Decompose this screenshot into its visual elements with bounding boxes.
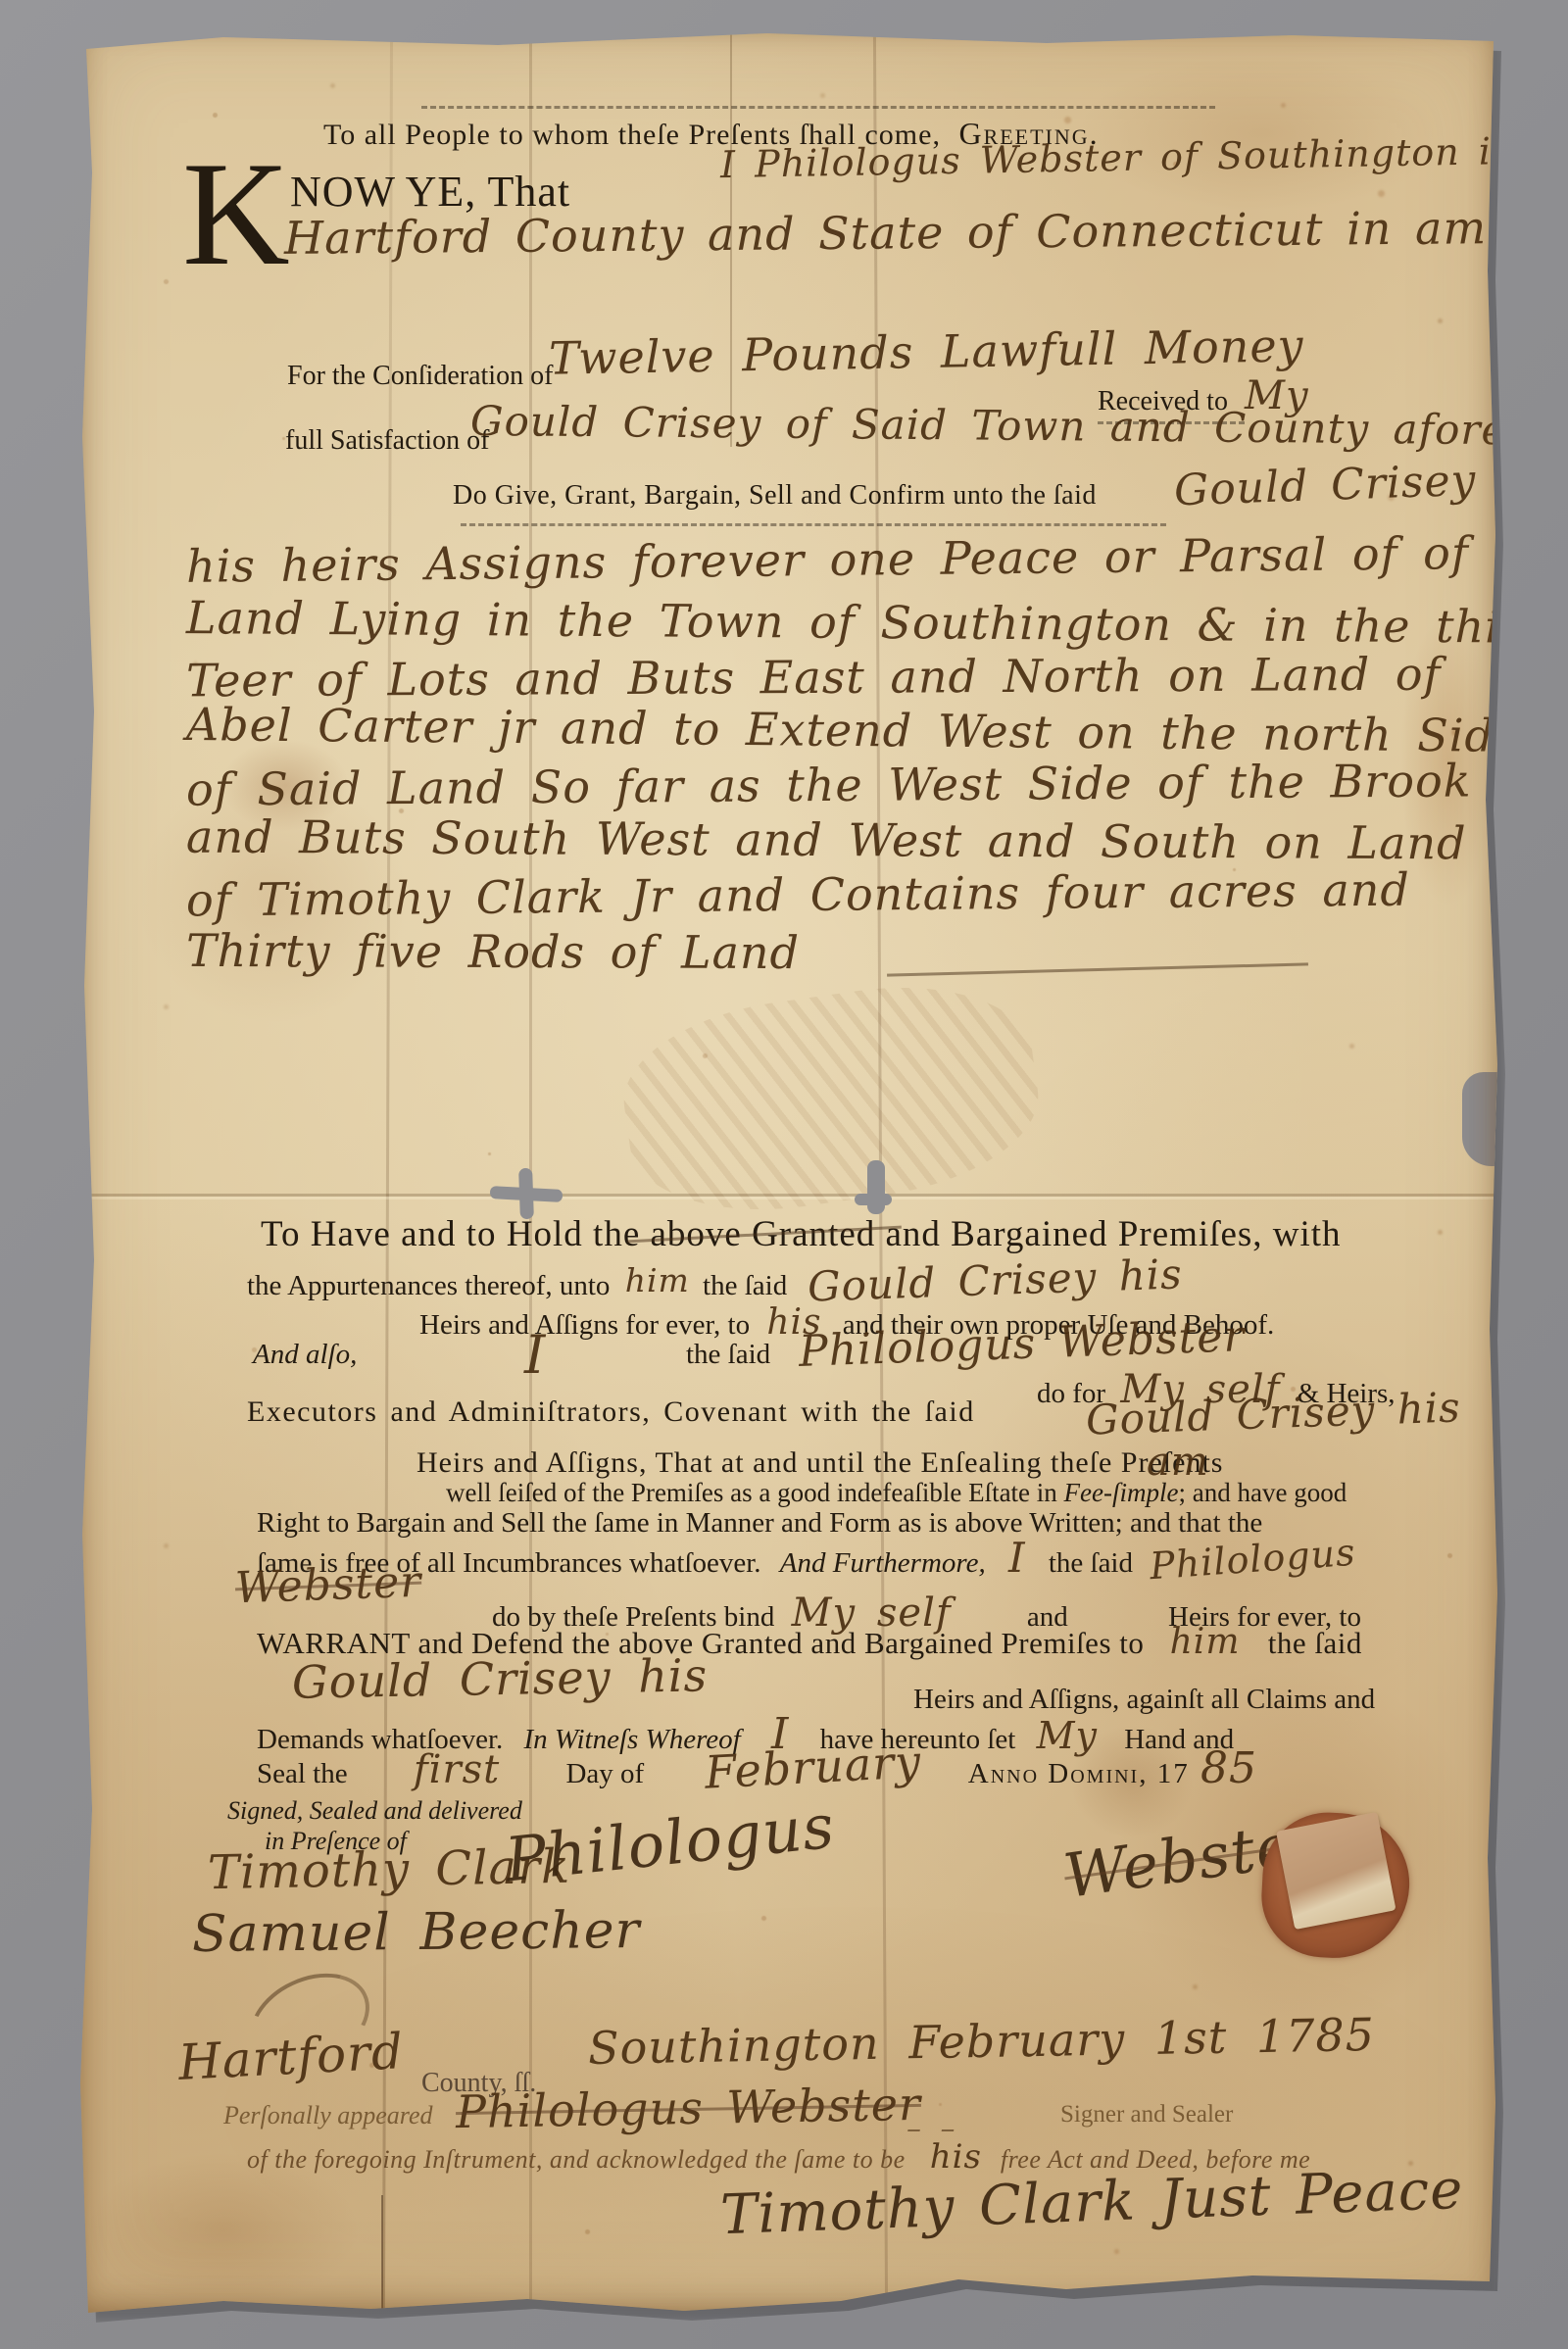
i-flourish-1: I xyxy=(524,1329,546,1382)
premises-line-6: and Buts South West and West and South o… xyxy=(186,814,1467,866)
premises-text-8: Thirty five Rods of Land xyxy=(186,924,800,979)
premises-line-8: Thirty five Rods of Land xyxy=(186,928,800,975)
personally-appeared-label: Perſonally appeared xyxy=(223,2101,432,2130)
month-february: February xyxy=(704,1738,922,1795)
grant-clause-underline xyxy=(461,523,1166,526)
premises-text-3: Teer of Lots and Buts East and North on … xyxy=(186,648,1442,708)
fold-crease-horizontal-highlight xyxy=(76,1197,1499,1199)
premises-line-7: of Timothy Clark Jr and Contains four ac… xyxy=(186,867,1410,923)
the-said-3-text: the ſaid xyxy=(1049,1547,1133,1579)
wax-seal xyxy=(1258,1809,1413,1962)
place-date-line: Southington February 1st 1785 xyxy=(588,2012,1376,2071)
premises-line-4: Abel Carter jr and to Extend West on the… xyxy=(186,702,1523,759)
him-insert-1: him xyxy=(625,1264,690,1297)
signed-sealed-line: Signed, Sealed and delivered xyxy=(227,1796,522,1826)
grantor-name-2: Philologus Webster xyxy=(798,1315,1246,1374)
satisfaction-label: full Satisfaction of xyxy=(285,425,489,457)
the-said-2-text: the ſaid xyxy=(686,1339,770,1370)
the-said-2-label: the ſaid xyxy=(686,1339,770,1371)
document-scan: To all People to whom theſe Preſents ſha… xyxy=(0,0,1568,2349)
executors-line: Executors and Adminiſtrators, Covenant w… xyxy=(247,1395,975,1429)
consideration-label: For the Conſideration of xyxy=(287,361,553,392)
right-bargain-text: Right to Bargain and Sell the ſame in Ma… xyxy=(257,1507,1262,1539)
justice-signature: Timothy Clark Just Peace xyxy=(719,2163,1464,2243)
premises-text-5: of Said Land So far as the West Side of … xyxy=(186,754,1472,815)
foregoing-text: of the foregoing Inſtrument, and acknowl… xyxy=(247,2145,906,2174)
appeared-name: Philologus Webster xyxy=(456,2081,922,2134)
ensealing-line: Heirs and Aſſigns, That at and until the… xyxy=(416,1446,1223,1480)
grantee-name-4: Gould Crisey his xyxy=(292,1652,709,1704)
year-85: 85 xyxy=(1200,1747,1257,1790)
signature-first-text: Philologus xyxy=(502,1790,838,1896)
fold-hole-cross-left xyxy=(490,1186,563,1202)
day-of-text: Day of xyxy=(565,1758,644,1789)
premises-text-4: Abel Carter jr and to Extend West on the… xyxy=(186,698,1523,762)
day-first: first xyxy=(414,1750,500,1789)
grantee-name-3: Gould Crisey his xyxy=(1085,1387,1461,1441)
satisfaction-text: full Satisfaction of xyxy=(285,425,489,456)
anno-domini-text: Anno Domini, 17 xyxy=(968,1758,1190,1789)
and-also-label: And alſo, xyxy=(253,1339,357,1371)
fold-hole-center-horizontal xyxy=(855,1194,892,1205)
dropcap-letter: K xyxy=(182,131,290,296)
foxing-speckles xyxy=(76,25,79,28)
signed-sealed-text: Signed, Sealed and delivered xyxy=(227,1796,522,1825)
premises-line-3: Teer of Lots and Buts East and North on … xyxy=(186,652,1442,704)
grantee-name-4-text: Gould Crisey his xyxy=(292,1648,709,1708)
am-insert: am xyxy=(1147,1443,1209,1482)
heirs-forever-text: Heirs and Aſſigns for ever, to xyxy=(419,1309,750,1341)
premises-closing-dash xyxy=(887,962,1308,976)
executors-text: Executors and Adminiſtrators, Covenant w… xyxy=(247,1395,975,1428)
premises-text-6: and Buts South West and West and South o… xyxy=(186,810,1467,870)
grantee-clause: Gould Crisey of Said Town and County afo… xyxy=(470,401,1568,452)
ensealing-text: Heirs and Aſſigns, That at and until the… xyxy=(416,1446,1223,1479)
seal-paper-wafer xyxy=(1276,1812,1396,1930)
furthermore-text: And Furthermore, xyxy=(780,1547,986,1579)
have-good-text: ; and have good xyxy=(1179,1478,1347,1507)
grantee-name-2: Gould Crisey his xyxy=(808,1253,1184,1307)
the-said-1: the ſaid xyxy=(703,1270,787,1301)
premises-line-5: of Said Land So far as the West Side of … xyxy=(186,758,1472,811)
grant-clause-text: Do Give, Grant, Bargain, Sell and Confir… xyxy=(453,480,1097,511)
him-insert-2: him xyxy=(1170,1625,1241,1660)
signer-sealer-label: Signer and Sealer xyxy=(1060,2101,1233,2129)
grantor-name-3b: Webster xyxy=(234,1561,422,1611)
claims-line: Heirs and Aſſigns, againſt all Claims an… xyxy=(913,1684,1375,1716)
consideration-amount-text: Twelve Pounds Lawfull Money xyxy=(549,318,1304,384)
county-hw-text: Hartford xyxy=(177,2023,406,2091)
consideration-amount: Twelve Pounds Lawfull Money xyxy=(549,322,1304,380)
seised-text: well ſeiſed of the Premiſes as a good in… xyxy=(446,1478,1064,1507)
dropcap-K: K xyxy=(182,147,290,281)
header-rule-dashes xyxy=(421,106,1215,109)
premises-text-7: of Timothy Clark Jr and Contains four ac… xyxy=(186,863,1410,927)
seised-line: well ſeiſed of the Premiſes as a good in… xyxy=(446,1478,1347,1508)
grantor-name-3b-text: Webster xyxy=(234,1557,422,1614)
signer-sealer-text: Signer and Sealer xyxy=(1060,2101,1233,2128)
personally-text: Perſonally appeared xyxy=(223,2101,432,2129)
grantee-name-1: Gould Crisey xyxy=(1173,460,1477,514)
and-also-text: And alſo, xyxy=(253,1339,357,1370)
grantee-name-text: Gould Crisey xyxy=(1173,456,1477,516)
appurtenances-line: the Appurtenances thereof, unto him the … xyxy=(247,1260,1183,1302)
grant-clause: Do Give, Grant, Bargain, Sell and Confir… xyxy=(453,480,1097,512)
county-handwritten: Hartford xyxy=(177,2027,405,2087)
deed-paper-sheet: To all People to whom theſe Preſents ſha… xyxy=(76,25,1499,2315)
grantor-line2-text: Hartford County and State of Connecticut… xyxy=(284,200,1568,265)
witness-signature-2: Samuel Beecher xyxy=(192,1905,641,1960)
stain-bottom-left-corner xyxy=(86,2152,361,2309)
place-date-text: Southington February 1st 1785 xyxy=(588,2008,1376,2075)
to-have-text: To Have and to Hold the above Granted an… xyxy=(261,1214,1342,1254)
fold-hole-center xyxy=(867,1160,885,1214)
seal-date-line: Seal the first Day of February Anno Domi… xyxy=(257,1744,1257,1790)
bottom-tear-crack xyxy=(381,2195,383,2315)
stain-middle-streaks xyxy=(612,968,1049,1229)
right-bargain-line: Right to Bargain and Sell the ſame in Ma… xyxy=(257,1507,1262,1540)
fee-simple-text: Fee-ſimple xyxy=(1064,1478,1179,1507)
i-flourish-2: I xyxy=(1008,1538,1026,1579)
premises-line-2: Land Lying in the Town of Southington & … xyxy=(186,595,1553,650)
grantor-handwritten-2: Hartford County and State of Connecticut… xyxy=(284,204,1568,261)
the-said-4-text: the ſaid xyxy=(1268,1626,1362,1660)
grantor-signature-first: Philologus xyxy=(503,1796,838,1891)
appeared-name-text: Philologus Webster xyxy=(456,2078,922,2138)
claims-text: Heirs and Aſſigns, againſt all Claims an… xyxy=(913,1684,1375,1715)
premises-line-1: his heirs Assigns forever one Peace or P… xyxy=(186,530,1469,589)
incumbrances-line: ſame is free of all Incumbrances whatſoe… xyxy=(257,1538,1356,1580)
grantee-clause-text: Gould Crisey of Said Town and County afo… xyxy=(470,397,1568,455)
his-free-text: his xyxy=(930,2140,982,2174)
witness-2-text: Samuel Beecher xyxy=(192,1901,641,1964)
premises-text-1: his heirs Assigns forever one Peace or P… xyxy=(186,526,1469,593)
grantor-name-3: Philologus xyxy=(1149,1534,1357,1586)
appurtenances-text: the Appurtenances thereof, unto xyxy=(247,1270,610,1301)
fold-crease-horizontal xyxy=(76,1194,1499,1197)
consideration-label-text: For the Conſideration of xyxy=(287,361,553,391)
premises-text-2: Land Lying in the Town of Southington & … xyxy=(186,591,1553,654)
seal-the-text: Seal the xyxy=(257,1758,348,1789)
fold-hole-cross-left-vertical xyxy=(518,1168,534,1219)
know-ye-text: NOW YE, That xyxy=(290,168,570,216)
i-flourish-1-text: I xyxy=(524,1324,546,1386)
